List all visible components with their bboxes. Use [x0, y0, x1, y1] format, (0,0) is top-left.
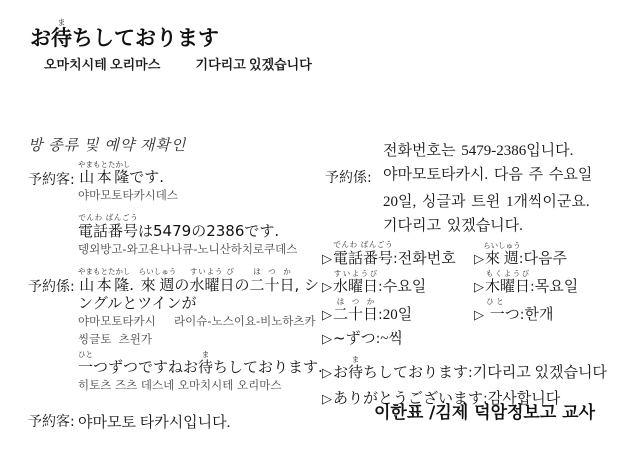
japanese-line: 山本隆やまもとたかしです.	[78, 160, 332, 186]
vocab-korean: 목요일	[535, 279, 578, 295]
korean-line: 기다리고 있겠습니다.	[383, 214, 631, 238]
vocab-row: ▷二十日はつか:20일 ▷ 一ひとつ:한개	[322, 296, 634, 324]
vocab-korean: 한개	[525, 307, 554, 323]
dialogue-row: 予約客: 야마모토 타카시입니다.	[28, 409, 332, 432]
vocab-korean: 전화번호	[398, 251, 456, 267]
right-dialogue-column: 전화번호는 5479-2386입니다. 予約係: 야마모토타카시. 다음 주 수…	[325, 139, 631, 238]
triangle-marker: ▷	[322, 308, 333, 323]
speaker-label	[325, 190, 383, 193]
korean-gloss: 야마모토타카시 라이슈-노스이요-비노하츠카	[78, 314, 332, 329]
korean-line: 전화번호는 5479-2386입니다.	[383, 139, 631, 163]
dialogue-body: 電話番号でんわ ばんごうは5479の2386です. 뎅외방고-와고욘나나큐-노니…	[78, 213, 332, 257]
vocab-japanese: 木曜日もくようび	[485, 277, 530, 295]
triangle-marker: ▷	[474, 280, 485, 295]
dialogue-body: 야마모토 타카시입니다.	[78, 409, 332, 432]
triangle-marker: ▷	[322, 332, 333, 347]
vocab-row: ▷電話番号でんわ ばんごう:전화번호 ▷來週らいしゅう:다음주	[322, 240, 634, 268]
dialogue-body: 山本隆やまもとたかし. 來週らいしゅうの水曜日すいよう びの二十日はつか, シン…	[78, 267, 332, 346]
korean-gloss: 뎅외방고-와고욘나나큐-노니산하치로쿠데스	[78, 242, 332, 257]
triangle-marker: ▷	[322, 366, 333, 381]
korean-gloss: 히토츠 즈츠 데스네 오마치시테 오리마스	[78, 378, 332, 393]
author-credit: 이한표 /김제 덕암정보고 교사	[374, 398, 595, 423]
dialogue-row: 전화번호는 5479-2386입니다.	[325, 139, 631, 163]
vocab-japanese: お待まちしております	[333, 363, 468, 381]
japanese-line: 電話番号でんわ ばんごうは5479の2386です.	[78, 213, 332, 240]
korean-line: 야마모토타카시. 다음 주 수요일	[383, 163, 631, 187]
dialogue-row: 20일, 싱글과 트윈 1개씩이군요.	[325, 190, 631, 214]
vocab-item: ▷二十日はつか:20일	[322, 297, 474, 324]
vocab-row: ▷水曜日すいようび:수요일 ▷木曜日もくようび:목요일	[322, 268, 634, 296]
dialogue-row: 電話番号でんわ ばんごうは5479の2386です. 뎅외방고-와고욘나나큐-노니…	[28, 213, 332, 257]
triangle-marker: ▷	[474, 308, 485, 323]
vocab-japanese: 電話番号でんわ ばんごう	[333, 249, 393, 267]
vocab-japanese: 來週らいしゅう	[485, 249, 519, 267]
korean-gloss: 야마모토타카시데스	[78, 188, 332, 203]
left-dialogue-column: 予約客: 山本隆やまもとたかしです. 야마모토타카시데스 電話番号でんわ ばんご…	[28, 160, 332, 442]
dialogue-body: 山本隆やまもとたかしです. 야마모토타카시데스	[78, 160, 332, 203]
vocabulary-list: ▷電話番号でんわ ばんごう:전화번호 ▷來週らいしゅう:다음주 ▷水曜日すいよう…	[322, 240, 634, 408]
speaker-label: 予約客:	[28, 409, 78, 431]
speaker-label	[325, 139, 383, 142]
dialogue-row: 予約係: 야마모토타카시. 다음 주 수요일	[325, 163, 631, 190]
triangle-marker: ▷	[322, 392, 333, 407]
page-title: お待まちしております	[30, 18, 312, 49]
vocab-item: ▷~ずつ:~씩	[322, 327, 403, 348]
korean-line: 20일, 싱글과 트윈 1개씩이군요.	[383, 190, 631, 214]
vocab-item: ▷來週らいしゅう:다음주	[474, 241, 567, 268]
vocab-row: ▷~ずつ:~씩	[322, 324, 634, 348]
vocab-item: ▷木曜日もくようび:목요일	[474, 269, 578, 296]
vocab-korean: ~씩	[380, 331, 403, 347]
speaker-label	[325, 214, 383, 217]
vocab-japanese: 二十日はつか	[333, 305, 378, 323]
vocab-row: ▷お待まちしております:기다리고 있겠습니다	[322, 356, 634, 382]
dialogue-row: 予約係: 山本隆やまもとたかし. 來週らいしゅうの水曜日すいよう びの二十日はつ…	[28, 267, 332, 346]
dialogue-body: 一ひとつずつですねお待まちしております. 히토츠 즈츠 데스네 오마치시테 오리…	[78, 350, 332, 393]
japanese-line: 一ひとつずつですねお待まちしております.	[78, 350, 332, 376]
dialogue-row: 予約客: 山本隆やまもとたかしです. 야마모토타카시데스	[28, 160, 332, 203]
speaker-label: 予約係:	[325, 163, 383, 190]
vocab-japanese: 一ひとつ	[485, 305, 520, 323]
header: お待まちしております 오마치시테 오리마스 기다리고 있겠습니다	[30, 18, 312, 73]
title-translation: 기다리고 있겠습니다	[196, 57, 312, 72]
vocab-item: ▷お待まちしております:기다리고 있겠습니다	[322, 355, 607, 382]
korean-line: 야마모토 타카시입니다.	[78, 409, 332, 432]
vocab-korean: 20일	[383, 307, 413, 323]
speaker-label	[28, 350, 78, 359]
japanese-line: 山本隆やまもとたかし. 來週らいしゅうの水曜日すいよう びの二十日はつか, シン…	[78, 267, 332, 312]
speaker-label: 予約係:	[28, 267, 78, 296]
vocab-item: ▷ 一ひとつ:한개	[474, 297, 554, 324]
triangle-marker: ▷	[322, 280, 333, 295]
korean-gloss: 씽글토 츠윈가	[78, 332, 332, 347]
vocab-korean: 다음주	[523, 251, 566, 267]
vocab-japanese: 水曜日すいようび	[333, 277, 378, 295]
vocab-korean: 기다리고 있겠습니다	[473, 365, 607, 381]
vocab-korean: 수요일	[383, 279, 426, 295]
speaker-label: 予約客:	[28, 160, 78, 189]
title-subline: 오마치시테 오리마스 기다리고 있겠습니다	[30, 54, 312, 73]
title-transliteration: 오마치시테 오리마스	[44, 57, 160, 72]
vocab-item: ▷水曜日すいようび:수요일	[322, 269, 474, 296]
dialogue-row: 一ひとつずつですねお待まちしております. 히토츠 즈츠 데스네 오마치시테 오리…	[28, 350, 332, 393]
dialogue-row: 기다리고 있겠습니다.	[325, 214, 631, 238]
triangle-marker: ▷	[322, 252, 333, 267]
vocab-japanese: ~ずつ	[333, 329, 376, 347]
vocab-item: ▷電話番号でんわ ばんごう:전화번호	[322, 240, 474, 268]
speaker-label	[28, 213, 78, 222]
section-heading: 방 종류 및 예약 재확인	[28, 134, 186, 155]
